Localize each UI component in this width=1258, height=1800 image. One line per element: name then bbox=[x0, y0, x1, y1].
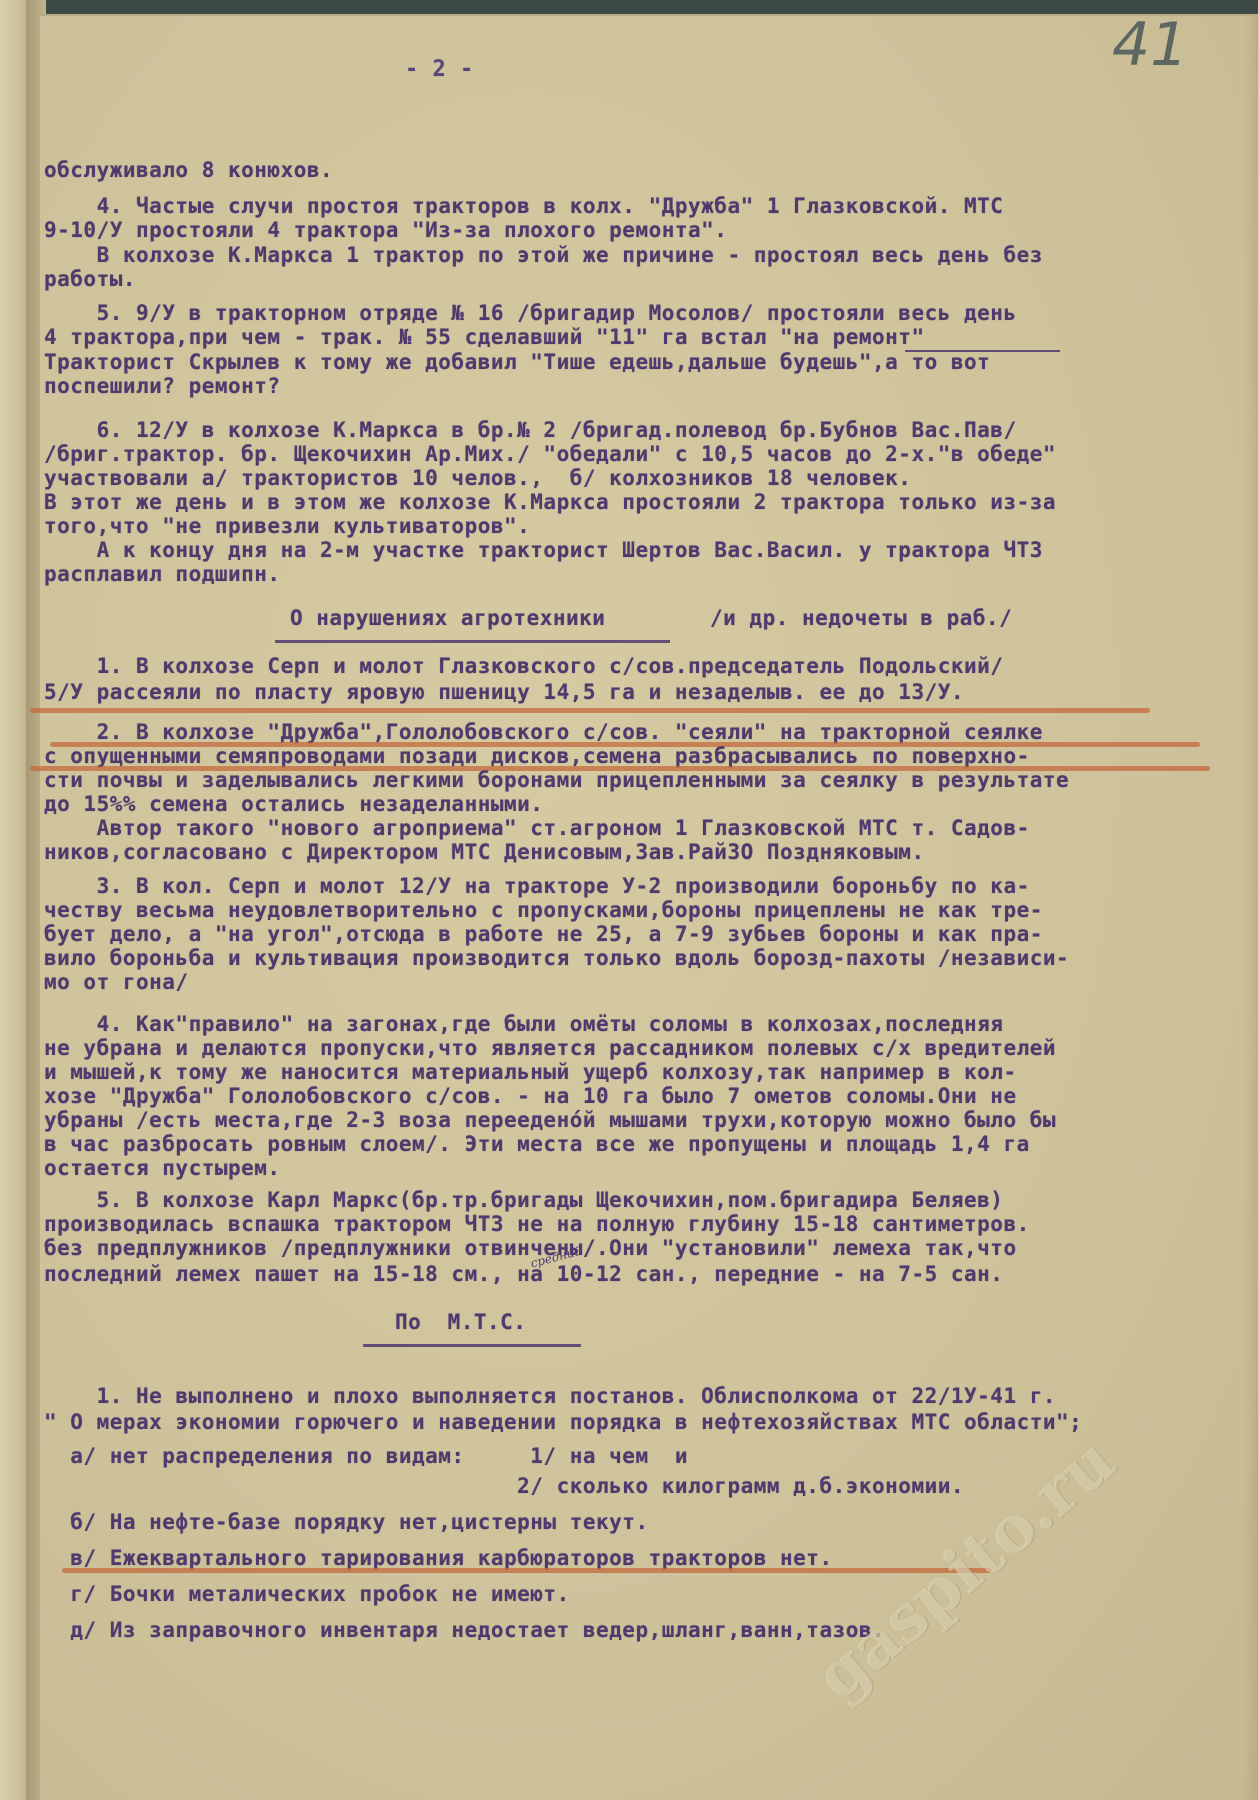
text-line: 9-10/У простояли 4 трактора "Из-за плохо… bbox=[44, 218, 727, 242]
red-pencil-underline bbox=[30, 708, 1150, 713]
text-line: 6. 12/У в колхозе К.Маркса в бр.№ 2 /бри… bbox=[44, 418, 1017, 442]
folio-number: 41 bbox=[1112, 10, 1188, 80]
text-line: остается пустырем. bbox=[44, 1156, 281, 1180]
text-line: 1. Не выполнено и плохо выполняется пост… bbox=[44, 1384, 1056, 1408]
text-line: того,что "не привезли культиваторов". bbox=[44, 514, 530, 538]
text-line: " О мерах экономии горючего и наведении … bbox=[44, 1410, 1082, 1434]
text-line: 5/У рассеяли по пласту яровую пшеницу 14… bbox=[44, 680, 964, 704]
text-line: и мышей,к тому же наносится материальный… bbox=[44, 1060, 1017, 1084]
section-heading-agro-suffix: /и др. недочеты в раб./ bbox=[710, 606, 1012, 630]
text-line: б/ На нефте-базе порядку нет,цистерны те… bbox=[44, 1510, 649, 1534]
text-line: 4. Как"правило" на загонах,где были омёт… bbox=[44, 1012, 1003, 1036]
binding-strip bbox=[0, 0, 28, 1800]
text-line: обслуживало 8 конюхов. bbox=[44, 158, 333, 182]
text-line: бует дело, а "на угол",отсюда в работе н… bbox=[44, 922, 1043, 946]
text-line: поспешили? ремонт? bbox=[44, 374, 281, 398]
text-line: работы. bbox=[44, 267, 136, 291]
text-line: участвовали а/ трактористов 10 челов., б… bbox=[44, 466, 911, 490]
text-line: хозе "Дружба" Гололобовского с/сов. - на… bbox=[44, 1084, 1017, 1108]
text-line: расплавил подшипн. bbox=[44, 562, 281, 586]
text-line: с опущенными семяпроводами позади дисков… bbox=[44, 744, 1030, 768]
text-line: /бриг.трактор. бр. Щекочихин Ар.Мих./ "о… bbox=[44, 442, 1056, 466]
text-line: 4 трактора,при чем - трак. № 55 сделавши… bbox=[44, 325, 925, 349]
text-line: Автор такого "нового агроприема" ст.агро… bbox=[44, 816, 1030, 840]
section-heading-agro: О нарушениях агротехники bbox=[290, 606, 605, 630]
page-number: - 2 - bbox=[405, 58, 474, 82]
text-line: не убрана и делаются пропуски,что являет… bbox=[44, 1036, 1056, 1060]
text-line: 5. 9/У в тракторном отряде № 16 /бригади… bbox=[44, 301, 1017, 325]
text-line: А к концу дня на 2-м участке тракторист … bbox=[44, 538, 1043, 562]
text-line: 2/ сколько килограмм д.б.экономии. bbox=[44, 1474, 964, 1498]
text-line: а/ нет распределения по видам: 1/ на чем… bbox=[44, 1444, 688, 1468]
text-line: до 15%% семена остались незаделанными. bbox=[44, 792, 543, 816]
text-line: сти почвы и заделывались легкими боронам… bbox=[44, 768, 1069, 792]
page-edge-shadow bbox=[1244, 16, 1258, 1800]
text-line: в/ Ежеквартального тарирования карбюрато… bbox=[44, 1546, 833, 1570]
text-line: производилась вспашка трактором ЧТЗ не н… bbox=[44, 1212, 1030, 1236]
text-line: честву весьма неудовлетворительно с проп… bbox=[44, 898, 1043, 922]
heading-underline bbox=[363, 1344, 581, 1347]
text-line: вило бороньба и культивация производится… bbox=[44, 946, 1069, 970]
text-line: 2. В колхозе "Дружба",Гололобовского с/с… bbox=[44, 720, 1043, 744]
text-line: мо от гона/ bbox=[44, 970, 189, 994]
heading-underline bbox=[275, 640, 670, 643]
text-line: В этот же день и в этом же колхозе К.Мар… bbox=[44, 490, 1056, 514]
text-line: д/ Из заправочного инвентаря недостает в… bbox=[44, 1618, 885, 1642]
text-line: последний лемех пашет на 15-18 см., на 1… bbox=[44, 1262, 1003, 1286]
text-line: 4. Частые случи простоя тракторов в колх… bbox=[44, 194, 1003, 218]
text-line: 3. В кол. Серп и молот 12/У на тракторе … bbox=[44, 874, 1030, 898]
text-line: убраны /есть места,где 2-3 воза перееден… bbox=[44, 1108, 1056, 1132]
text-line: г/ Бочки металических пробок не имеют. bbox=[44, 1582, 570, 1606]
section-heading-mts: По М.Т.С. bbox=[395, 1310, 526, 1334]
text-line: В колхозе К.Маркса 1 трактор по этой же … bbox=[44, 243, 1043, 267]
text-line: 1. В колхозе Серп и молот Глазковского с… bbox=[44, 654, 1003, 678]
red-pencil-underline bbox=[62, 1568, 992, 1573]
text-line: ников,согласовано с Директором МТС Денис… bbox=[44, 840, 925, 864]
text-line: 5. В колхозе Карл Маркс(бр.тр.бригады Ще… bbox=[44, 1188, 1003, 1212]
text-line: Тракторист Скрылев к тому же добавил "Ти… bbox=[44, 350, 990, 374]
text-line: в час разбросать ровным слоем/. Эти мест… bbox=[44, 1132, 1030, 1156]
